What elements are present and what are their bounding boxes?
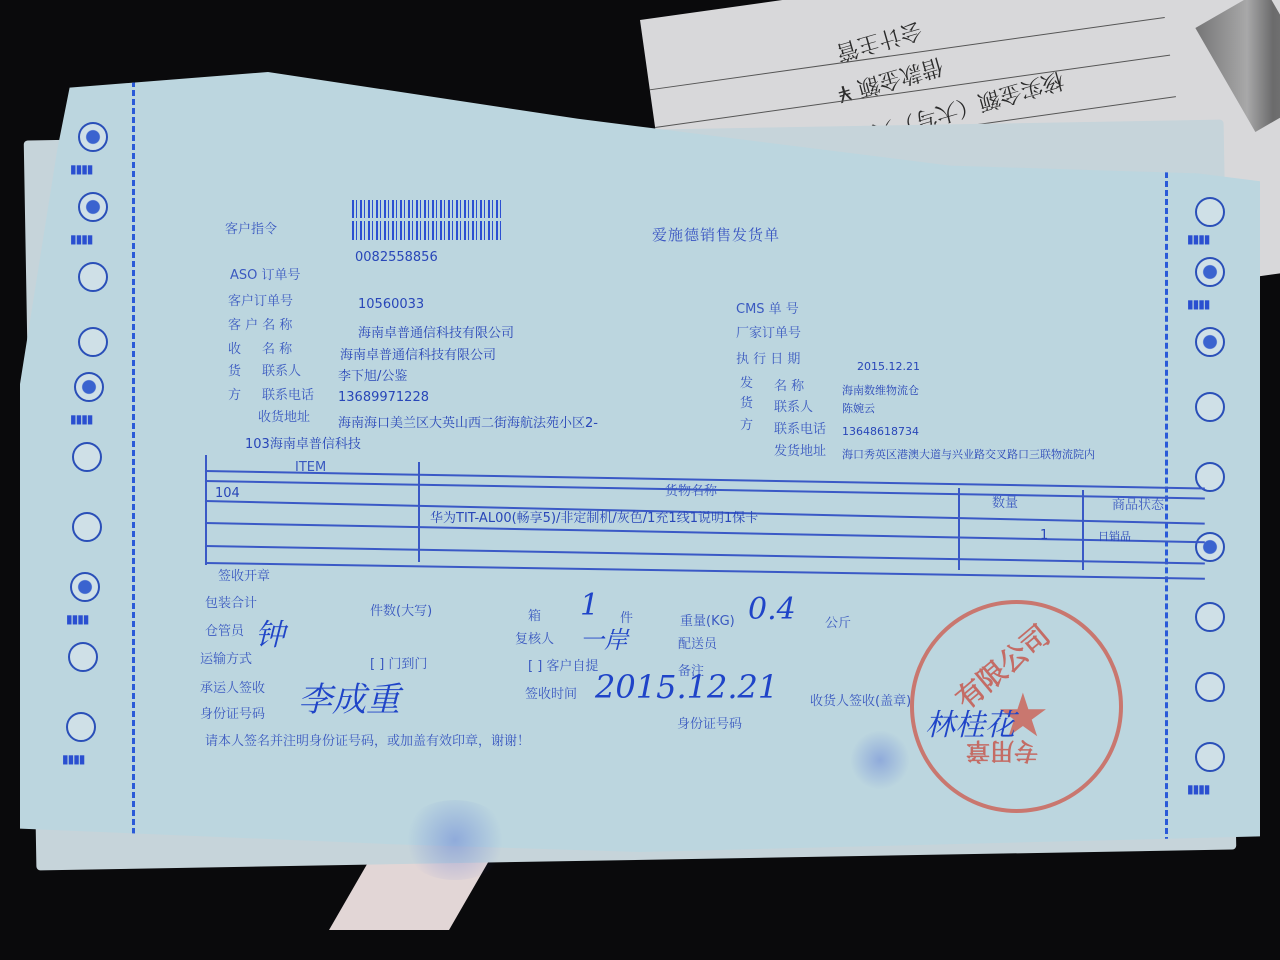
weight-label: 重量(KG): [680, 610, 735, 629]
row-status: 日销品: [1098, 528, 1131, 544]
carrier-sign-label: 承运人签收: [200, 677, 265, 696]
weight-handwritten: 0.4: [748, 592, 796, 627]
table-rule: [1082, 490, 1084, 570]
document-title: 爱施德销售发货单: [652, 224, 780, 245]
customer-name-value: 海南卓普通信科技有限公司: [358, 322, 514, 341]
package-total-label: 包装合计: [205, 592, 257, 611]
cms-number-label: CMS 单 号: [736, 298, 799, 317]
col-header-status: 商品状态: [1112, 494, 1164, 513]
receiver-contact-value: 李下旭/公鉴: [338, 365, 407, 384]
row-goods-name: 华为TIT-AL00(畅享5)/非定制机/灰色/1充1线1说明1保卡: [430, 507, 758, 526]
sender-name-label: 名 称: [774, 375, 804, 394]
row-item: 104: [215, 486, 240, 501]
receiver-name-value: 海南卓普通信科技有限公司: [340, 344, 496, 363]
carrier-signature: 李成重: [298, 672, 400, 721]
table-rule: [205, 455, 207, 565]
sender-address-value: 海口秀英区港澳大道与兴业路交叉路口三联物流院内: [842, 446, 1095, 462]
box-label: 箱: [528, 605, 541, 624]
sender-name-value: 海南数维物流仓: [842, 382, 919, 398]
sender-side-1: 发: [740, 372, 753, 391]
sender-phone-label: 联系电话: [774, 418, 826, 437]
receiver-address-line1: 海南海口美兰区大英山西二街海航法苑小区2-: [338, 412, 598, 431]
col-header-qty: 数量: [992, 492, 1018, 511]
dispatcher-label: 配送员: [678, 633, 717, 652]
customer-order-label: 客户订单号: [228, 290, 293, 309]
signature-notice: 请本人签名并注明身份证号码，或加盖有效印章，谢谢！: [205, 730, 530, 749]
sign-time-handwritten: 2015.12.21: [595, 668, 778, 706]
left-tractor-strip: ▮▮▮▮ ▮▮▮▮ ▮▮▮▮ ▮▮▮▮ ▮▮▮▮: [40, 72, 135, 852]
ink-smudge: [400, 800, 510, 880]
row-qty: 1: [1040, 528, 1048, 543]
receiver-name-label: 名 称: [262, 338, 292, 357]
table-rule: [418, 462, 420, 562]
barcode-number: 0082558856: [355, 250, 438, 265]
receiver-phone-value: 13689971228: [338, 390, 429, 405]
receiver-side-2: 货: [228, 360, 241, 379]
id-number-label-right: 身份证号码: [677, 713, 742, 732]
sender-address-label: 发货地址: [774, 440, 826, 459]
exec-date-value: 2015.12.21: [857, 360, 920, 373]
sender-side-3: 方: [740, 414, 753, 433]
ink-smudge: [850, 730, 910, 790]
sender-phone-value: 13648618734: [842, 425, 919, 438]
weight-unit: 公斤: [825, 612, 851, 631]
sender-side-2: 货: [740, 392, 753, 411]
col-header-goods: 货物名称: [665, 480, 717, 499]
sender-contact-label: 联系人: [774, 396, 813, 415]
transport-label: 运输方式: [200, 648, 252, 667]
door-to-door-option: [ ] 门到门: [370, 653, 427, 672]
receiver-contact-label: 联系人: [262, 360, 301, 379]
warehouse-label: 仓管员: [205, 620, 244, 639]
receiver-signature: 林桂花: [925, 700, 1015, 744]
checker-signature: 一岸: [580, 620, 628, 655]
sign-time-label: 签收时间: [525, 683, 577, 702]
customer-name-label: 客 户 名 称: [228, 314, 292, 333]
right-tractor-strip: ▮▮▮▮ ▮▮▮▮ ▮▮▮▮: [1165, 72, 1260, 852]
exec-date-label: 执 行 日 期: [736, 348, 800, 367]
id-number-label-left: 身份证号码: [200, 703, 265, 722]
receiver-side-1: 收: [228, 338, 241, 357]
receiver-address-label: 收货地址: [258, 406, 310, 425]
barcode: [352, 200, 502, 240]
receiver-side-3: 方: [228, 384, 241, 403]
col-header-item: ITEM: [295, 460, 326, 475]
aso-order-label: ASO 订单号: [230, 264, 301, 283]
box-count-handwritten: 1: [580, 588, 599, 623]
checker-label: 复核人: [515, 628, 554, 647]
customer-instruction-label: 客户指令: [225, 218, 277, 237]
sender-contact-value: 陈婉云: [842, 400, 875, 416]
sign-seal-label: 签收开章: [218, 565, 270, 584]
vendor-order-label: 厂家订单号: [736, 322, 801, 341]
receiver-sign-label: 收货人签收(盖章): [810, 690, 911, 709]
warehouse-signature: 钟: [255, 610, 285, 654]
customer-order-value: 10560033: [358, 297, 424, 312]
table-rule: [958, 488, 960, 570]
pieces-label: 件数(大写): [370, 600, 432, 619]
self-pickup-option: [ ] 客户自提: [528, 655, 598, 674]
receiver-address-line2: 103海南卓普信科技: [245, 433, 361, 452]
receiver-phone-label: 联系电话: [262, 384, 314, 403]
